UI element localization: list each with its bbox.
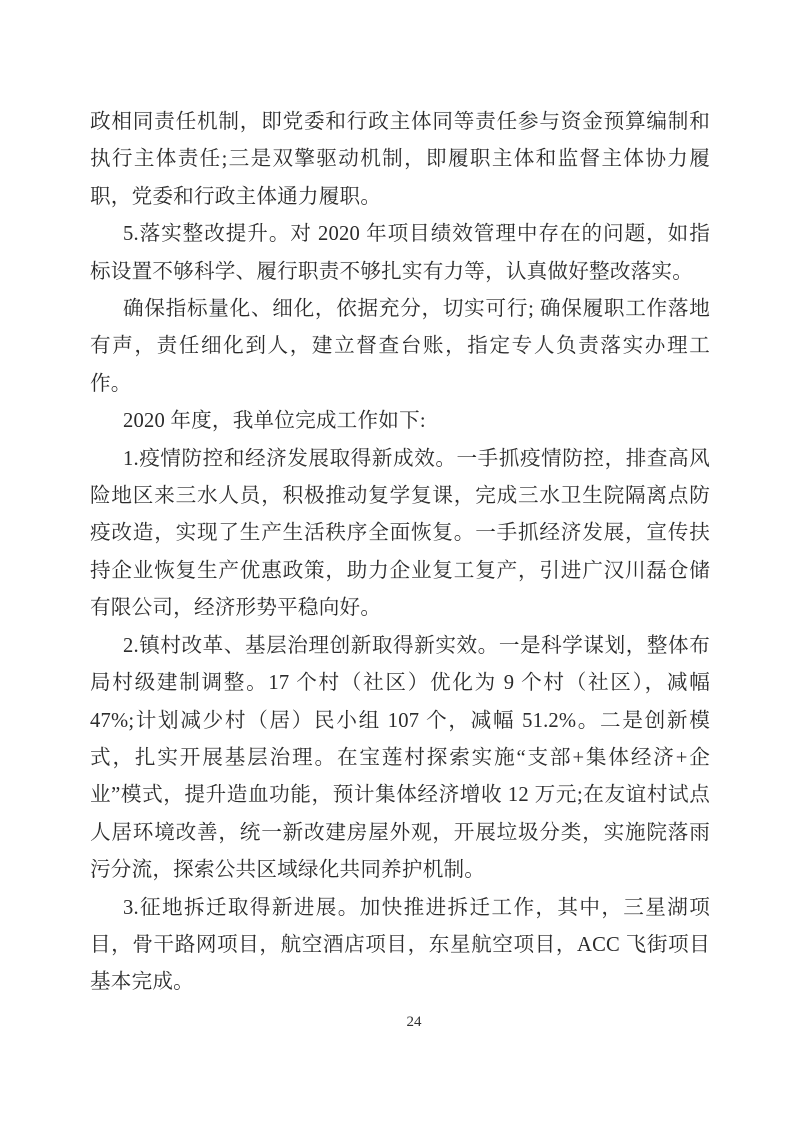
- paragraph: 确保指标量化、细化，依据充分，切实可行; 确保履职工作落地有声，责任细化到人，建…: [90, 291, 710, 403]
- document-page: 政相同责任机制，即党委和行政主体同等责任参与资金预算编制和执行主体责任;三是双擎…: [0, 0, 792, 1122]
- paragraph: 5.落实整改提升。对 2020 年项目绩效管理中存在的问题，如指标设置不够科学、…: [90, 216, 710, 291]
- document-body: 政相同责任机制，即党委和行政主体同等责任参与资金预算编制和执行主体责任;三是双擎…: [90, 104, 710, 1002]
- paragraph: 1.疫情防控和经济发展取得新成效。一手抓疫情防控，排查高风险地区来三水人员，积极…: [90, 441, 710, 628]
- page-footer: 24: [0, 1012, 792, 1032]
- paragraph: 2.镇村改革、基层治理创新取得新实效。一是科学谋划，整体布局村级建制调整。17 …: [90, 628, 710, 890]
- paragraph: 政相同责任机制，即党委和行政主体同等责任参与资金预算编制和执行主体责任;三是双擎…: [90, 104, 710, 216]
- page-number: 24: [407, 1012, 422, 1032]
- paragraph: 2020 年度，我单位完成工作如下:: [90, 403, 710, 440]
- paragraph: 3.征地拆迁取得新进展。加快推进拆迁工作，其中，三星湖项目，骨干路网项目，航空酒…: [90, 890, 710, 1002]
